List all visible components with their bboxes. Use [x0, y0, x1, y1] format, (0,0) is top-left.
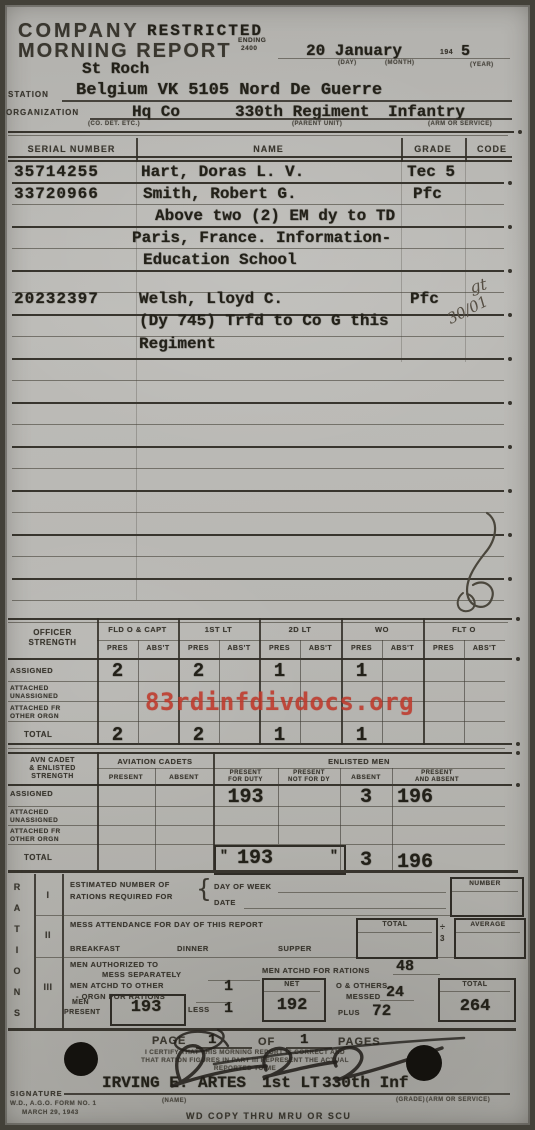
- rule-line: [8, 752, 512, 754]
- station-label: STATION: [8, 90, 49, 99]
- rule-line: [12, 600, 504, 601]
- row-assigned: ASSIGNED: [10, 666, 53, 675]
- rule-line: [452, 891, 518, 892]
- rule-line: [12, 336, 504, 337]
- col-abst: ABS'T: [382, 645, 423, 652]
- col-group-aviation-cadets: AVIATION CADETS: [97, 757, 213, 766]
- grid-line: [213, 752, 215, 870]
- rule-line: [380, 1000, 414, 1001]
- rule-line: [12, 402, 504, 404]
- rule-line: [358, 932, 432, 933]
- station-entry: Belgium VK 5105 Nord De Guerre: [76, 81, 382, 100]
- grid-line: [465, 138, 467, 162]
- men-atchd-other-label: MEN ATCHD TO OTHER: [70, 981, 164, 990]
- rule-line: [12, 380, 504, 381]
- row-attached-fr-other: OTHER ORGN: [10, 836, 59, 843]
- rule-line: [440, 991, 510, 992]
- rule-line: [12, 358, 504, 360]
- grade-entry: Tec 5: [407, 163, 455, 181]
- grid-line: [340, 768, 341, 870]
- col-group-wo: WO: [341, 625, 423, 634]
- serial-entry: 20232397: [14, 290, 99, 308]
- men-present-value: 193: [110, 998, 182, 1017]
- enlisted-strength-title: AVN CADET: [8, 757, 97, 764]
- divide-by: 3: [440, 934, 445, 943]
- mess-attendance-label: MESS ATTENDANCE FOR DAY OF THIS REPORT: [70, 920, 263, 929]
- punch-hole: [406, 1045, 442, 1081]
- signature-label: SIGNATURE: [10, 1089, 63, 1098]
- grade-caption: (GRADE): [396, 1097, 425, 1103]
- col-group-enlisted-men: ENLISTED MEN: [213, 757, 505, 766]
- o-others-label: O & OTHERS: [336, 981, 388, 990]
- organization-label: ORGANIZATION: [6, 108, 79, 117]
- col-cadets-present: PRESENT: [97, 774, 155, 781]
- officer-assigned-wo-pres: 1: [341, 660, 382, 682]
- form-id-date: MARCH 29, 1943: [22, 1109, 79, 1116]
- rule-line: [208, 980, 260, 981]
- average-box-label: AVERAGE: [454, 921, 522, 928]
- rule-line: [278, 892, 446, 893]
- col-name: NAME: [137, 144, 400, 154]
- estimated-rations-label: RATIONS REQUIRED FOR: [70, 892, 173, 901]
- breakfast-label: BREAKFAST: [70, 944, 120, 953]
- rule-line: [8, 748, 505, 749]
- col-enlisted-absent: ABSENT: [340, 774, 392, 781]
- rule-line: [12, 556, 504, 557]
- col-pres: PRES: [178, 645, 219, 652]
- rule-line: [8, 806, 505, 807]
- enlisted-strength-title: STRENGTH: [8, 773, 97, 780]
- col-present-and-absent: AND ABSENT: [392, 777, 482, 783]
- divide-sign: ÷: [440, 922, 445, 932]
- plus-value: 72: [372, 1002, 391, 1020]
- rule-line: [244, 908, 446, 909]
- grid-line: [178, 618, 180, 745]
- men-authorized-label: MESS SEPARATELY: [102, 970, 181, 979]
- rule-line: [8, 721, 505, 722]
- rule-line: [12, 226, 504, 228]
- rule-line: [8, 825, 505, 826]
- rule-line: [12, 534, 504, 536]
- rule-line: [90, 118, 512, 120]
- dinner-label: DINNER: [177, 944, 209, 953]
- remark-entry: Education School: [143, 251, 297, 269]
- rule-line: [8, 131, 514, 133]
- rule-line: [36, 915, 512, 916]
- grid-line: [392, 768, 393, 870]
- row-attached-unassigned: UNASSIGNED: [10, 817, 58, 824]
- name-entry: Welsh, Lloyd C.: [139, 290, 283, 308]
- rule-line: [8, 156, 512, 158]
- col-present-not-for-duty: NOT FOR DY: [278, 777, 340, 783]
- remark-entry: Regiment: [139, 335, 216, 353]
- rations-side-label: RATIONS: [12, 882, 22, 1029]
- row-assigned: ASSIGNED: [10, 789, 53, 798]
- col-abst: ABS'T: [300, 645, 341, 652]
- ending-label: ENDING: [238, 37, 266, 44]
- rule-line: [278, 58, 510, 59]
- grand-total-value: 264: [438, 997, 512, 1016]
- rule-line: [12, 182, 504, 184]
- estimated-rations-label: ESTIMATED NUMBER OF: [70, 880, 170, 889]
- rule-line: [12, 446, 504, 448]
- rule-line: [64, 1093, 510, 1095]
- name-entry: Smith, Robert G.: [143, 185, 297, 203]
- rule-line: [8, 160, 512, 162]
- row-attached-unassigned: ATTACHED: [10, 809, 49, 816]
- enlisted-strength-title: & ENLISTED: [8, 765, 97, 772]
- col-grade: GRADE: [402, 144, 464, 154]
- o-others-label: MESSED: [346, 992, 381, 1001]
- part-i-label: I: [38, 890, 58, 900]
- men-present-label: PRESENT: [64, 1009, 101, 1016]
- rule-line: [12, 468, 504, 469]
- col-abst: ABS'T: [219, 645, 259, 652]
- col-group-flt-o: FLT O: [423, 625, 505, 634]
- grid-line: [423, 618, 425, 745]
- grid-line: [138, 640, 139, 745]
- col-abst: ABS'T: [464, 645, 505, 652]
- net-box-label: NET: [262, 981, 322, 988]
- men-atchd-other-value: 1: [224, 978, 233, 995]
- remark-entry: Paris, France. Information-: [132, 229, 391, 247]
- row-attached-unassigned: UNASSIGNED: [10, 693, 58, 700]
- row-attached-unassigned: ATTACHED: [10, 685, 49, 692]
- ditto-mark: ": [330, 848, 338, 863]
- rule-line: [8, 681, 505, 682]
- date-label: DATE: [214, 898, 236, 907]
- rule-line: [12, 248, 504, 249]
- punch-hole: [64, 1042, 98, 1076]
- number-box-label: NUMBER: [450, 880, 520, 887]
- col-abst: ABS'T: [138, 645, 178, 652]
- rule-line: [12, 490, 504, 492]
- rule-line: [8, 622, 508, 623]
- rule-line: [62, 100, 512, 102]
- rule-line: [12, 270, 504, 272]
- year-prefix: 194: [440, 49, 453, 56]
- grid-line: [97, 752, 99, 870]
- form-id: W.D., A.G.O. FORM NO. 1: [10, 1100, 96, 1107]
- col-serial-number: SERIAL NUMBER: [14, 144, 129, 154]
- col-group-fldo-capt: FLD O & CAPT: [97, 625, 178, 634]
- less-label: LESS: [188, 1005, 210, 1014]
- morning-report-scan: COMPANY RESTRICTED MORNING REPORT ENDING…: [0, 0, 535, 1130]
- routing-note: WD COPY THRU MRU OR SCU: [186, 1111, 351, 1121]
- officer-assigned-2dlt-pres: 1: [259, 660, 300, 682]
- col-cadets-absent: ABSENT: [155, 774, 213, 781]
- rule-line: [264, 991, 320, 992]
- row-attached-fr-other: ATTACHED FR: [10, 828, 61, 835]
- brace-glyph: {: [196, 874, 212, 903]
- remark-entry: Above two (2) EM dy to TD: [155, 207, 395, 225]
- rule-line: [393, 974, 440, 975]
- supper-label: SUPPER: [278, 944, 312, 953]
- col-pres: PRES: [97, 645, 138, 652]
- col-pres: PRES: [259, 645, 300, 652]
- col-present-and-absent: PRESENT: [392, 770, 482, 776]
- rule-line: [12, 578, 504, 580]
- grid-line: [259, 618, 261, 745]
- grid-line: [34, 874, 36, 1030]
- part-ii-label: II: [38, 930, 58, 940]
- grid-line: [62, 874, 64, 1030]
- grid-line: [465, 162, 466, 362]
- officer-assigned-1stlt-pres: 2: [178, 660, 219, 682]
- handwritten-squiggle: [443, 505, 513, 620]
- col-group-1st-lt: 1ST LT: [178, 625, 259, 634]
- row-total: TOTAL: [24, 853, 52, 862]
- col-code: CODE: [464, 144, 520, 154]
- grid-line: [401, 138, 403, 162]
- rule-line: [97, 768, 505, 769]
- row-total: TOTAL: [24, 730, 52, 739]
- co-caption: (CO. DET. ETC.): [88, 121, 140, 127]
- serial-entry: 35714255: [14, 163, 99, 181]
- handwritten-code-note: 30/01: [444, 292, 491, 328]
- enlisted-total-present-for-duty: 193: [225, 847, 285, 870]
- o-others-value: 24: [386, 984, 404, 1001]
- row-attached-fr-other: OTHER ORGN: [10, 713, 59, 720]
- men-authorized-label: MEN AUTHORIZED TO: [70, 960, 159, 969]
- col-present-for-duty: FOR DUTY: [213, 777, 278, 783]
- col-group-2d-lt: 2D LT: [259, 625, 341, 634]
- rule-line: [12, 204, 504, 205]
- officer-assigned-fldo-pres: 2: [97, 660, 138, 682]
- part-iii-label: III: [38, 982, 58, 992]
- rule-line: [8, 870, 518, 873]
- grid-line: [401, 162, 402, 362]
- officer-strength-title: STRENGTH: [8, 638, 97, 647]
- row-attached-fr-other: ATTACHED FR: [10, 705, 61, 712]
- rule-line: [12, 424, 504, 425]
- remark-entry: (Dy 745) Trfd to Co G this: [139, 312, 389, 330]
- day-caption: (DAY): [338, 60, 357, 66]
- men-atchd-rations-value: 48: [396, 958, 414, 975]
- rule-line: [12, 512, 504, 513]
- col-present-for-duty: PRESENT: [213, 770, 278, 776]
- rule-line: [36, 957, 512, 958]
- name-entry: Hart, Doras L. V.: [141, 163, 304, 181]
- parent-caption: (PARENT UNIT): [292, 121, 342, 127]
- month-caption: (MONTH): [385, 60, 415, 66]
- grade-entry: Pfc: [413, 185, 442, 203]
- year-caption: (YEAR): [470, 62, 494, 68]
- grid-line: [341, 618, 343, 745]
- grid-line: [97, 618, 99, 745]
- rule-line: [97, 640, 505, 641]
- rule-line: [8, 135, 508, 136]
- watermark-text: 83rdinfdivdocs.org: [145, 688, 414, 716]
- col-present-not-for-duty: PRESENT: [278, 770, 340, 776]
- officer-strength-title: OFFICER: [8, 628, 97, 637]
- place-entry: St Roch: [82, 60, 149, 78]
- plus-label: PLUS: [338, 1008, 360, 1017]
- serial-entry: 33720966: [14, 185, 99, 203]
- mess-total-label: TOTAL: [356, 921, 434, 928]
- rations-total-label: TOTAL: [438, 981, 512, 988]
- ending-time: 2400: [241, 45, 257, 52]
- men-present-label: MEN: [72, 999, 89, 1006]
- less-value: 1: [224, 1000, 233, 1017]
- col-pres: PRES: [423, 645, 464, 652]
- rule-line: [456, 932, 520, 933]
- grade-entry: Pfc: [410, 290, 439, 308]
- col-pres: PRES: [341, 645, 382, 652]
- day-of-week-label: DAY OF WEEK: [214, 882, 272, 891]
- grid-line: [278, 768, 279, 844]
- arm-caption: (ARM OR SERVICE): [428, 121, 492, 127]
- arm-caption: (ARM OR SERVICE): [426, 1097, 490, 1103]
- grid-line: [136, 138, 138, 162]
- grid-line: [464, 640, 465, 745]
- grid-line: [155, 768, 156, 870]
- men-atchd-rations-label: MEN ATCHD FOR RATIONS: [262, 966, 370, 975]
- name-caption: (NAME): [162, 1098, 187, 1104]
- net-value: 192: [262, 996, 322, 1015]
